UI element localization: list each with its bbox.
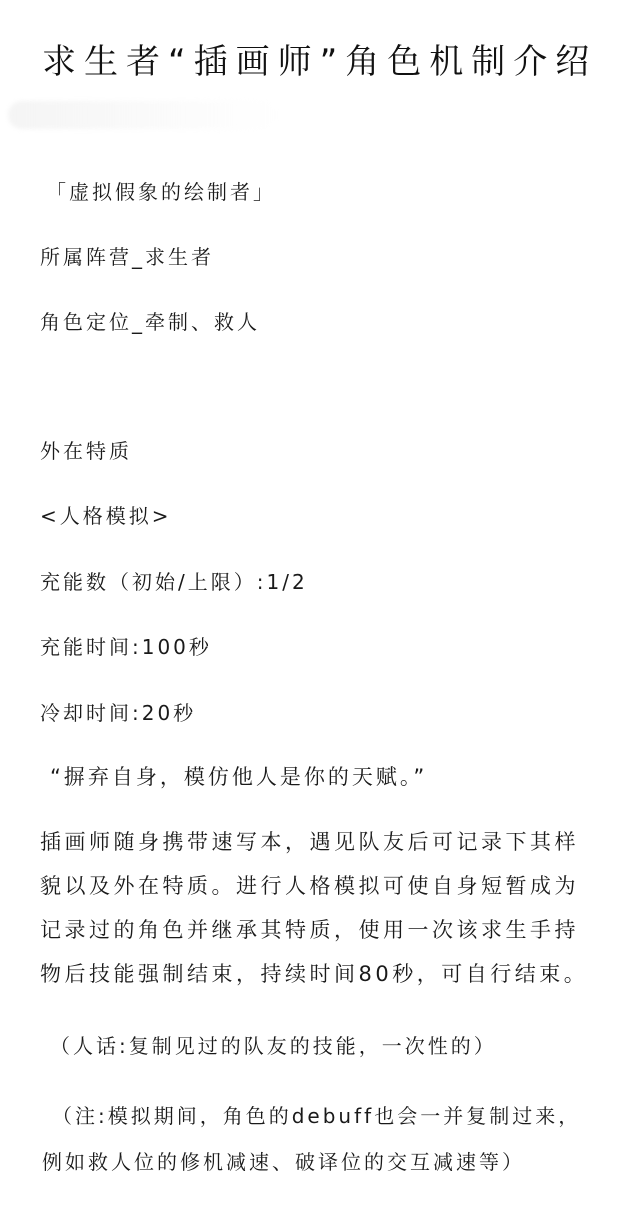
character-tagline: 「虚拟假象的绘制者」 [46,176,276,205]
skill-quote: “摒弃自身，模仿他人是你的天赋。” [50,761,427,791]
note-block: （注:模拟期间，角色的debuff也会一并复制过来， 例如救人位的修机减速、破译… [42,1093,602,1185]
plain-summary: （人话:复制见过的队友的技能，一次性的） [50,1030,497,1059]
section-heading: 外在特质 [40,435,132,464]
skill-cooldown: 冷却时间:20秒 [40,697,196,726]
description-line: 貌以及外在特质。进行人格模拟可使自身短暂成为 [40,864,600,908]
note-line: （注:模拟期间，角色的debuff也会一并复制过来， [42,1093,602,1139]
skill-charge-time: 充能时间:100秒 [40,631,212,660]
description-line: 物后技能强制结束，持续时间80秒，可自行结束。 [40,952,600,996]
note-line: 例如救人位的修机减速、破译位的交互减速等） [42,1139,602,1185]
skill-description: 插画师随身携带速写本，遇见队友后可记录下其样 貌以及外在特质。进行人格模拟可使自… [40,820,600,996]
description-line: 插画师随身携带速写本，遇见队友后可记录下其样 [40,820,600,864]
faint-smudge-decoration [8,101,278,129]
role-label: 角色定位_牵制、救人 [40,306,260,335]
faction-label: 所属阵营_求生者 [40,241,214,270]
description-line: 记录过的角色并继承其特质，使用一次该求生手持 [40,908,600,952]
skill-charges: 充能数（初始/上限）:1/2 [40,566,308,595]
skill-name: <人格模拟> [40,500,172,529]
page-title: 求生者“插画师”角色机制介绍 [42,34,597,83]
